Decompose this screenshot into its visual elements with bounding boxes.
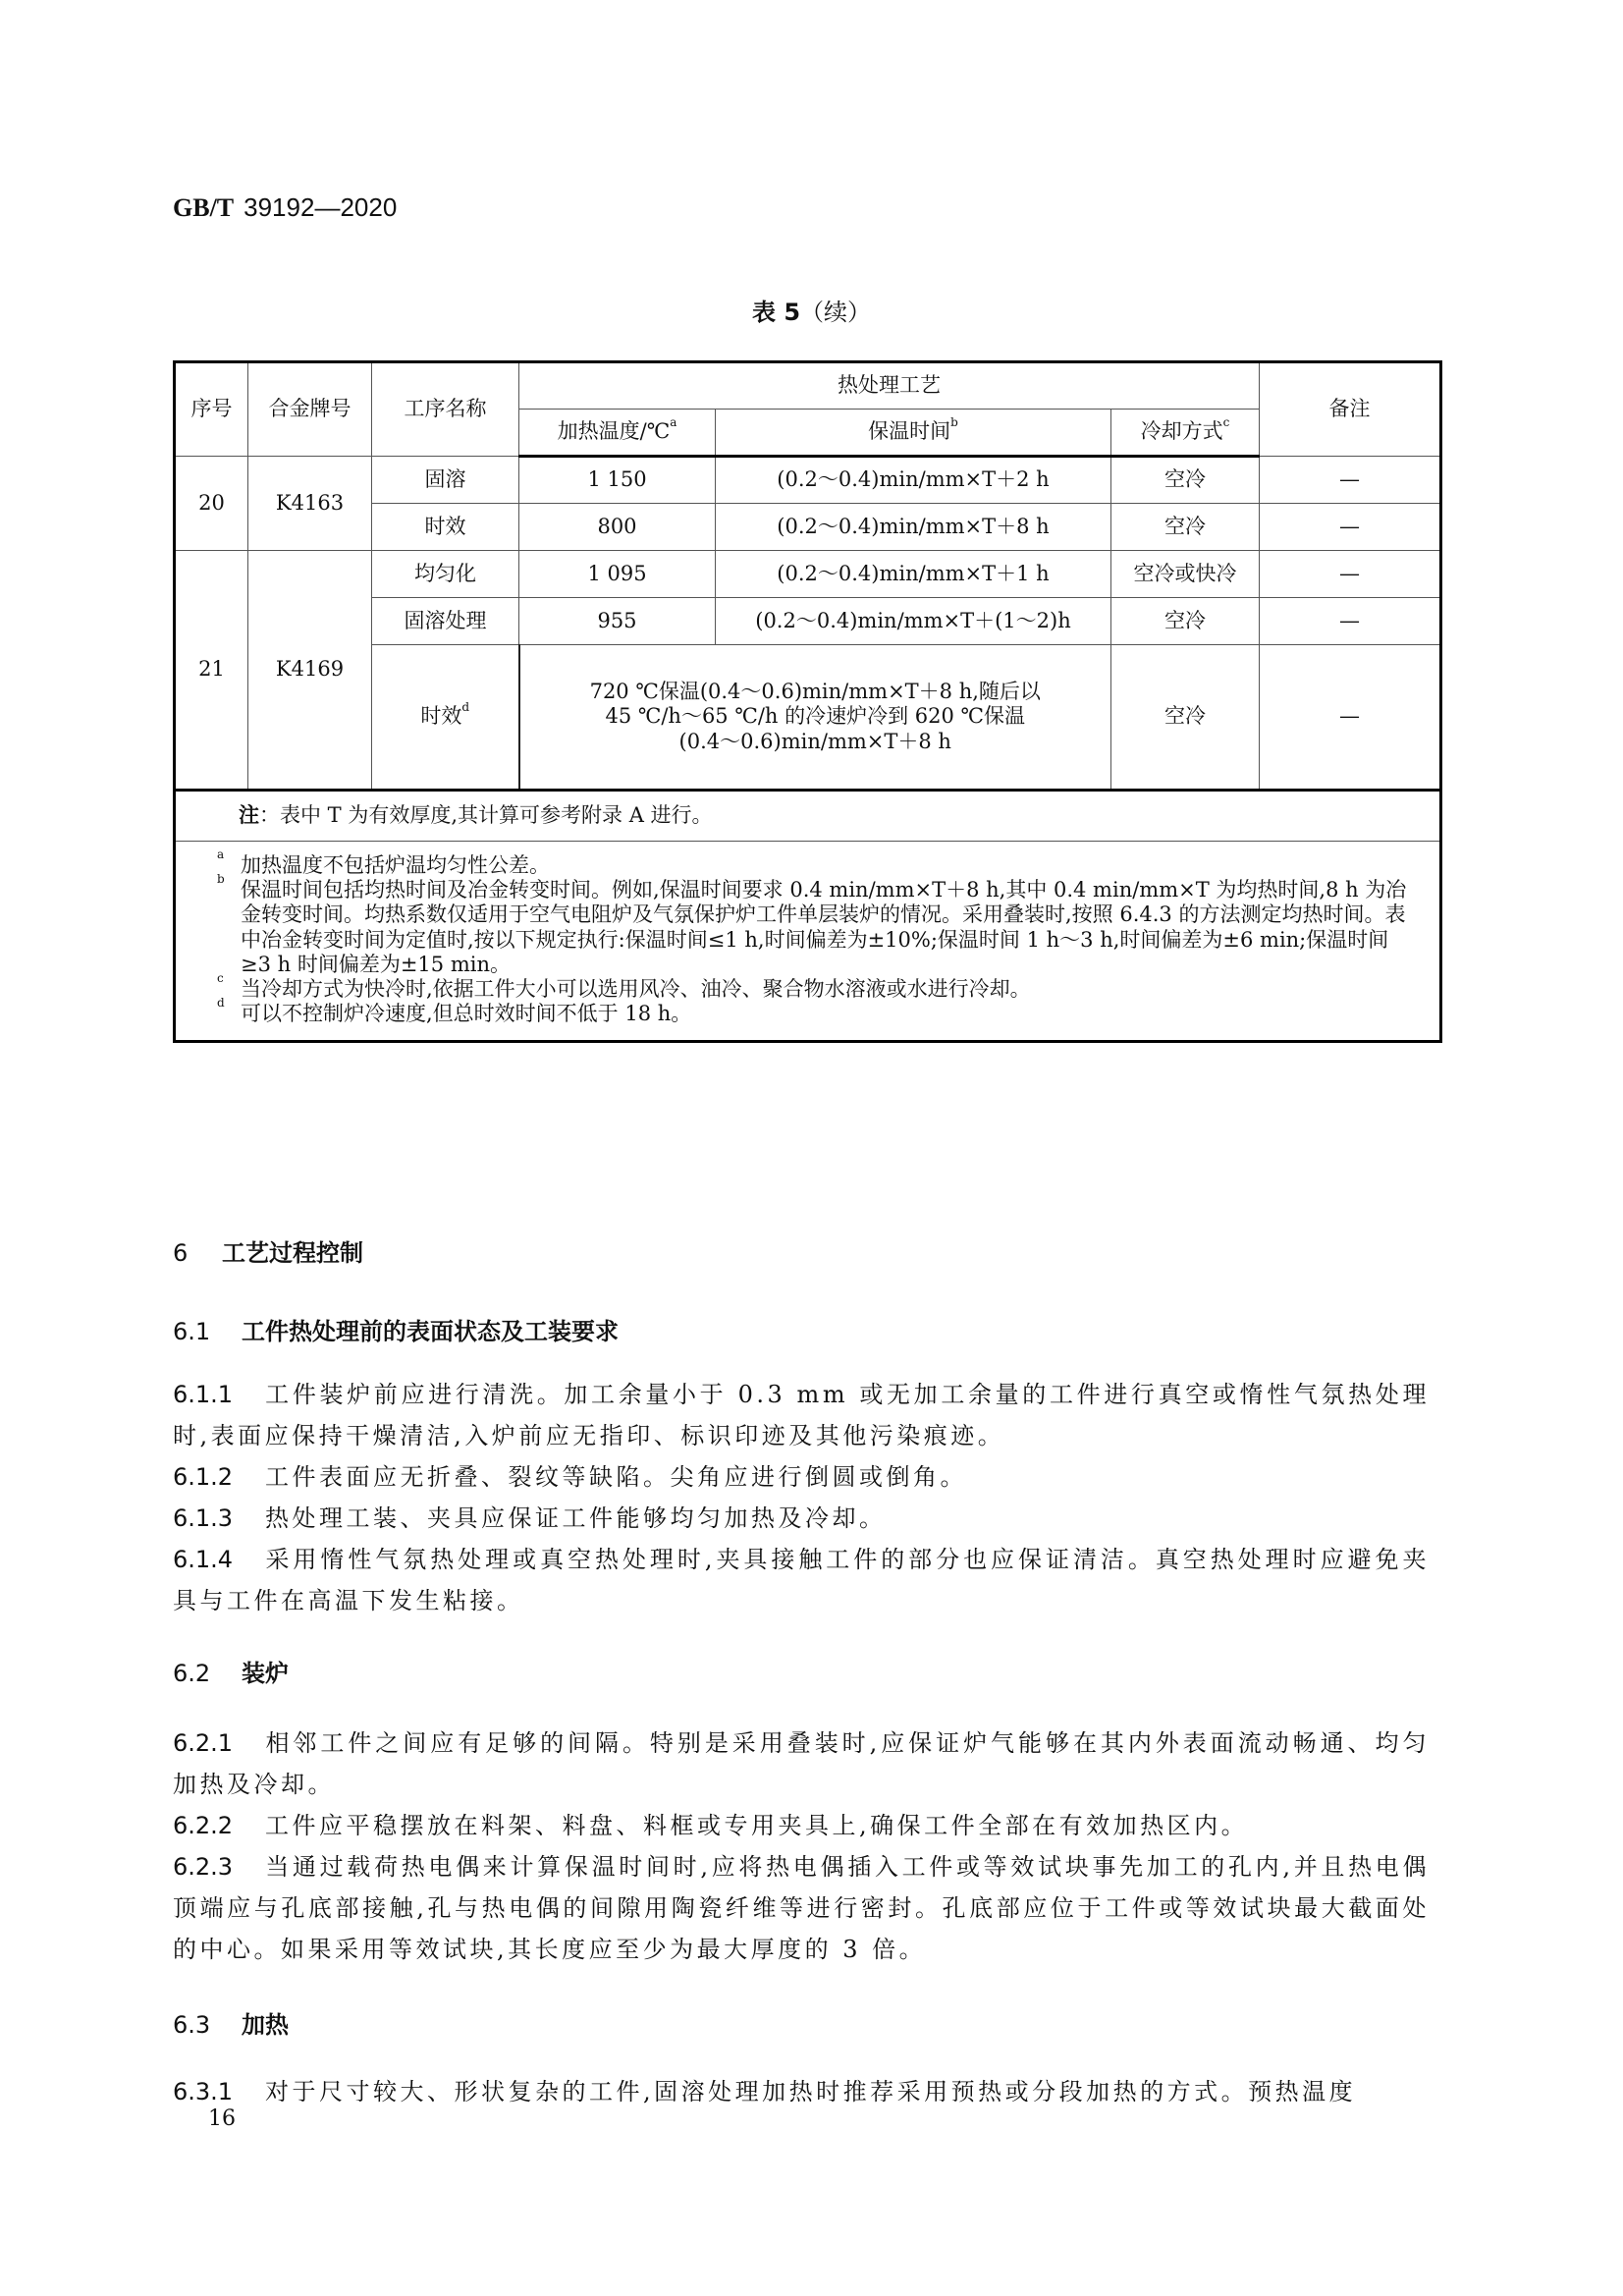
header-holding-time: 保温时间b: [716, 410, 1111, 457]
clause-6-2-1: 6.2.1相邻工件之间应有足够的间隔。特别是采用叠装时,应保证炉气能够在其内外表…: [173, 1722, 1430, 1805]
footnote-a: a加热温度不包括炉温均匀性公差。: [241, 853, 1416, 878]
remark-cell: —: [1260, 645, 1441, 791]
table-row: 20 K4163 固溶 1 150 (0.2～0.4)min/mm×T＋2 h …: [175, 457, 1441, 504]
footnote-d: d可以不控制炉冷速度,但总时效时间不低于 18 h。: [241, 1002, 1416, 1026]
clause-6-1-4: 6.1.4采用惰性气氛热处理或真空热处理时,夹具接触工件的部分也应保证清洁。真空…: [173, 1539, 1430, 1621]
page-number: 16: [208, 2106, 236, 2131]
process-cell: 时效: [372, 504, 519, 551]
footnote-b: b保温时间包括均热时间及冶金转变时间。例如,保温时间要求 0.4 min/mm×…: [241, 878, 1416, 977]
section-heading-6-1: 6.1工件热处理前的表面状态及工装要求: [173, 1312, 619, 1346]
header-alloy: 合金牌号: [248, 362, 372, 457]
clause-6-3-1: 6.3.1对于尺寸较大、形状复杂的工件,固溶处理加热时推荐采用预热或分段加热的方…: [173, 2071, 1430, 2112]
table-note-row: 注：表中 T 为有效厚度,其计算可参考附录 A 进行。: [175, 791, 1441, 842]
standard-prefix: GB/T: [173, 193, 234, 222]
table-caption-continued: （续）: [800, 299, 871, 326]
footnote-c: c当冷却方式为快冷时,依据工件大小可以选用风冷、油冷、聚合物水溶液或水进行冷却。: [241, 977, 1416, 1002]
table-row: 21 K4169 均匀化 1 095 (0.2～0.4)min/mm×T＋1 h…: [175, 551, 1441, 598]
section-heading-6-3: 6.3加热: [173, 2005, 289, 2040]
heat-treatment-table: 序号 合金牌号 工序名称 热处理工艺 备注 加热温度/℃a 保温时间b 冷却方式…: [173, 360, 1442, 1043]
temp-cell: 1 150: [519, 457, 716, 504]
seq-cell: 20: [175, 457, 248, 551]
footnote-ref-d: d: [461, 700, 469, 714]
clause-6-1-3: 6.1.3热处理工装、夹具应保证工件能够均匀加热及冷却。: [173, 1498, 1430, 1539]
table-caption-main: 表 5: [752, 299, 800, 326]
footnote-ref-c: c: [1223, 415, 1230, 429]
table-caption: 表 5（续）: [0, 293, 1623, 327]
process-cell: 时效d: [372, 645, 519, 791]
table-footnotes: a加热温度不包括炉温均匀性公差。 b保温时间包括均热时间及冶金转变时间。例如,保…: [175, 842, 1441, 1042]
remark-cell: —: [1260, 598, 1441, 645]
cool-cell: 空冷: [1111, 598, 1260, 645]
hold-cell: (0.2～0.4)min/mm×T＋1 h: [716, 551, 1111, 598]
remark-cell: —: [1260, 504, 1441, 551]
footnote-ref-b: b: [950, 415, 958, 429]
footnote-ref-a: a: [670, 415, 676, 429]
cool-cell: 空冷: [1111, 504, 1260, 551]
hold-cell: (0.2～0.4)min/mm×T＋2 h: [716, 457, 1111, 504]
hold-cell: (0.2～0.4)min/mm×T＋(1～2)h: [716, 598, 1111, 645]
header-heat-treatment-group: 热处理工艺: [519, 362, 1260, 410]
standard-number: 39192—2020: [243, 192, 397, 222]
temp-cell: 955: [519, 598, 716, 645]
header-process: 工序名称: [372, 362, 519, 457]
alloy-cell: K4163: [248, 457, 372, 551]
section-heading-6-2: 6.2装炉: [173, 1654, 289, 1688]
process-cell: 固溶处理: [372, 598, 519, 645]
alloy-cell: K4169: [248, 551, 372, 791]
aging-procedure-cell: 720 ℃保温(0.4～0.6)min/mm×T＋8 h,随后以 45 ℃/h～…: [519, 645, 1111, 791]
cool-cell: 空冷: [1111, 645, 1260, 791]
cool-cell: 空冷: [1111, 457, 1260, 504]
process-cell: 均匀化: [372, 551, 519, 598]
section-heading-6: 6工艺过程控制: [173, 1233, 363, 1268]
process-cell: 固溶: [372, 457, 519, 504]
hold-cell: (0.2～0.4)min/mm×T＋8 h: [716, 504, 1111, 551]
header-cooling: 冷却方式c: [1111, 410, 1260, 457]
clause-6-1-1: 6.1.1工件装炉前应进行清洗。加工余量小于 0.3 mm 或无加工余量的工件进…: [173, 1374, 1430, 1456]
temp-cell: 800: [519, 504, 716, 551]
header-remark: 备注: [1260, 362, 1441, 457]
header-seq: 序号: [175, 362, 248, 457]
clause-6-2-3: 6.2.3当通过载荷热电偶来计算保温时间时,应将热电偶插入工件或等效试块事先加工…: [173, 1846, 1430, 1970]
cool-cell: 空冷或快冷: [1111, 551, 1260, 598]
clause-6-1-2: 6.1.2工件表面应无折叠、裂纹等缺陷。尖角应进行倒圆或倒角。: [173, 1456, 1430, 1498]
table-footnotes-row: a加热温度不包括炉温均匀性公差。 b保温时间包括均热时间及冶金转变时间。例如,保…: [175, 842, 1441, 1042]
clause-6-2-2: 6.2.2工件应平稳摆放在料架、料盘、料框或专用夹具上,确保工件全部在有效加热区…: [173, 1805, 1430, 1846]
standard-code: GB/T39192—2020: [173, 192, 397, 223]
table-note: 注：表中 T 为有效厚度,其计算可参考附录 A 进行。: [175, 791, 1441, 842]
header-temperature: 加热温度/℃a: [519, 410, 716, 457]
remark-cell: —: [1260, 457, 1441, 504]
temp-cell: 1 095: [519, 551, 716, 598]
remark-cell: —: [1260, 551, 1441, 598]
seq-cell: 21: [175, 551, 248, 791]
